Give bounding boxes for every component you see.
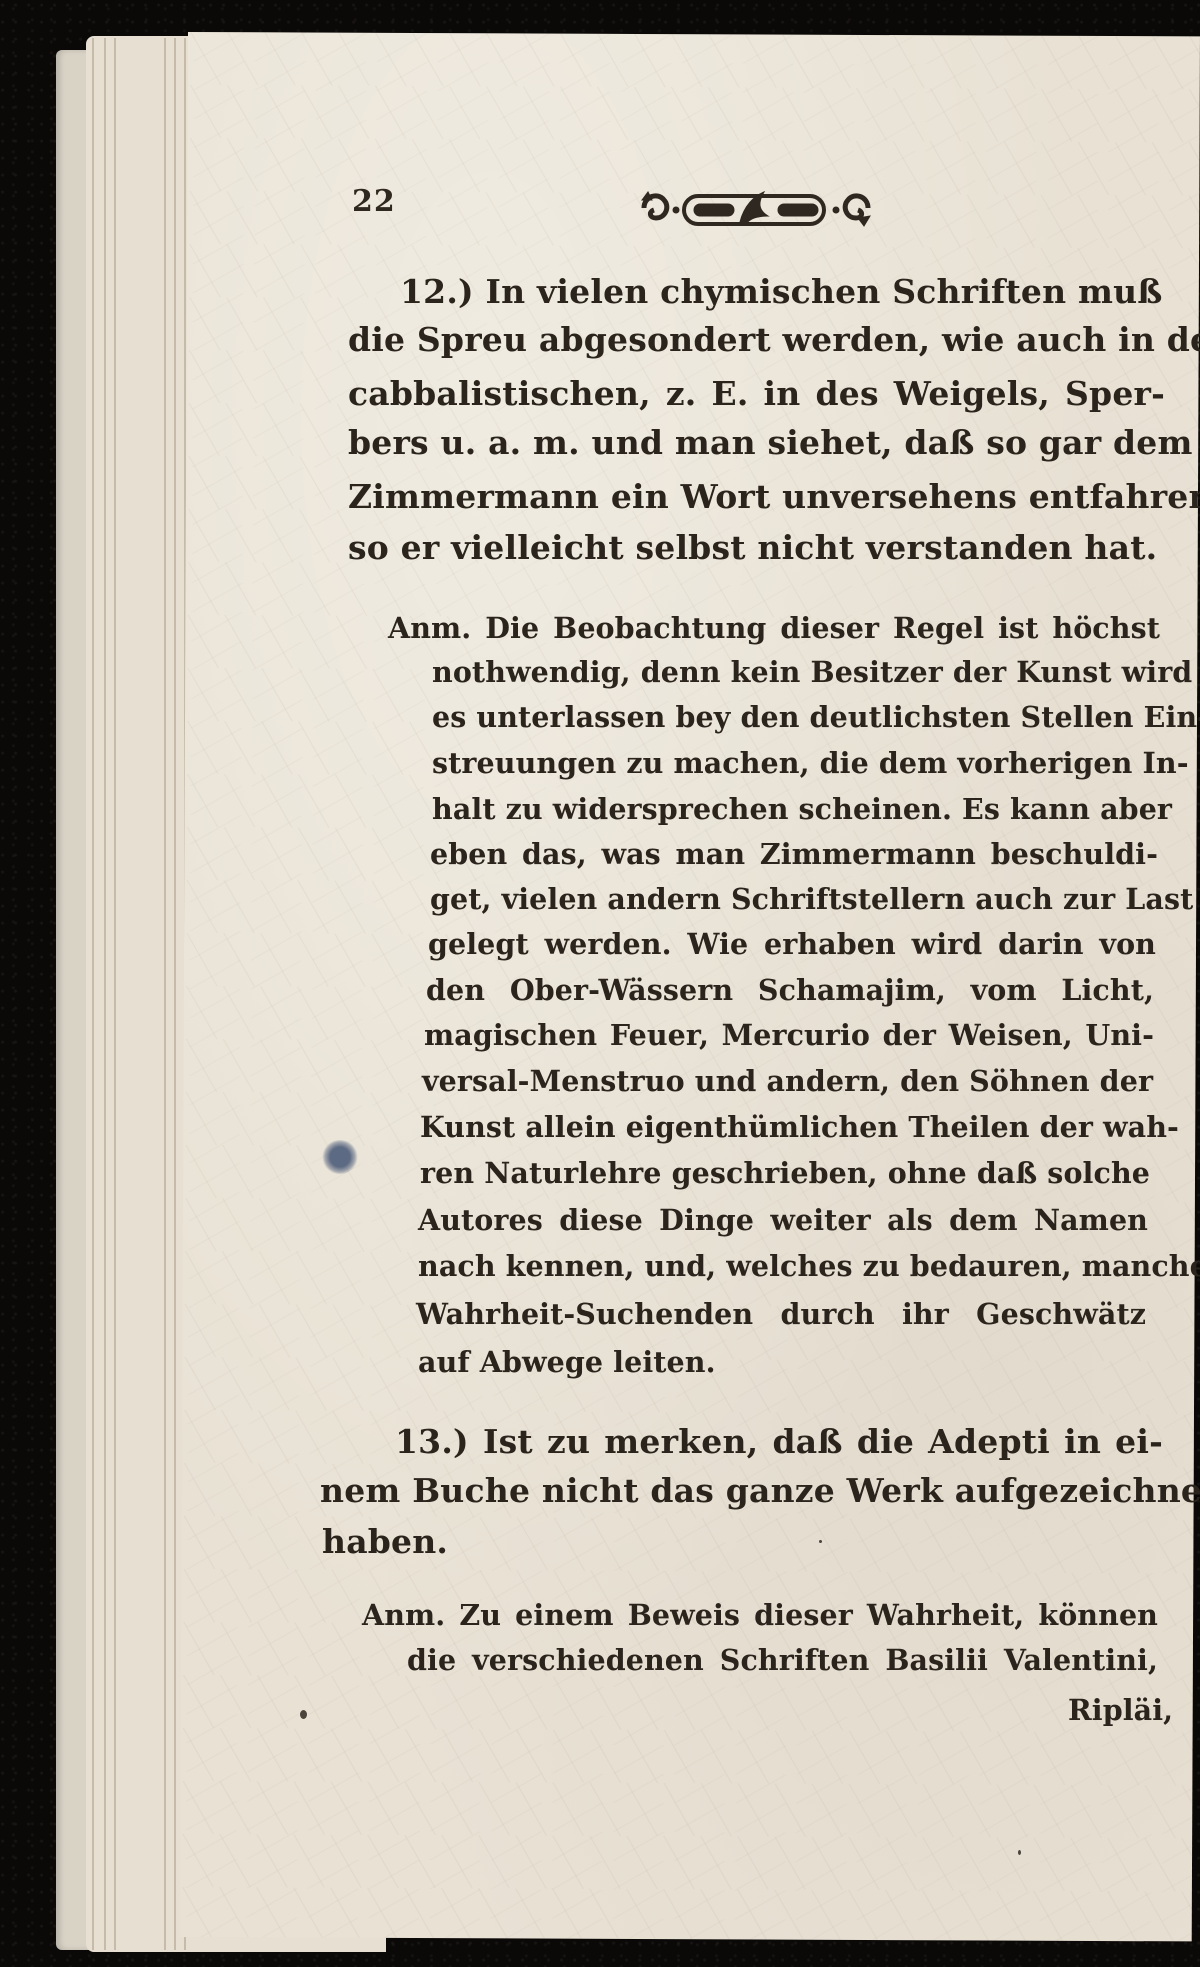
note-12-line: magischen Feuer, Mercurio der Weisen, Un… [424,1018,1154,1052]
printer-ornament-icon [640,186,872,232]
section-13-line: 13.) Ist zu merken, daß die Adepti in ei… [395,1422,1163,1461]
leaf-edge-line [164,38,166,1950]
note-12-line: eben das, was man Zimmermann beschuldi- [430,837,1158,871]
note-12-line: Autores diese Dinge weiter als dem Namen [418,1203,1148,1237]
note-12-line: auf Abwege leiten. [418,1345,716,1379]
section-13-line: haben. [322,1522,448,1561]
note-12-line: ren Naturlehre geschrieben, ohne daß sol… [420,1156,1150,1190]
paper-speck [819,1540,822,1543]
section-13-line: nem Buche nicht das ganze Werk aufgezeic… [320,1471,1163,1510]
section-12-line: bers u. a. m. und man siehet, daß so gar… [348,423,1165,462]
note-13-line: Anm. Zu einem Beweis dieser Wahrheit, kö… [362,1598,1158,1632]
note-12-line: nach kennen, und, welches zu bedauren, m… [418,1249,1148,1283]
note-12-line: den Ober-Wässern Schamajim, vom Licht, [426,973,1154,1007]
note-12-line: halt zu widersprechen scheinen. Es kann … [432,792,1160,826]
paper-speck [1018,1850,1021,1855]
note-12-line: nothwendig, denn kein Besitzer der Kunst… [432,655,1160,689]
note-12-line: versal-Menstruo und andern, den Söhnen d… [422,1064,1152,1098]
leaf-edge-line [174,38,176,1950]
note-12-line: Anm. Die Beobachtung dieser Regel ist hö… [388,611,1160,645]
note-12-line: Kunst allein eigenthümlichen Theilen der… [420,1110,1150,1144]
paper-speck [300,1710,307,1719]
page-number: 22 [352,184,396,219]
note-12-line: Wahrheit-Suchenden durch ihr Geschwätz [416,1297,1146,1331]
note-12-line: gelegt werden. Wie erhaben wird darin vo… [428,927,1156,961]
note-12-line: streuungen zu machen, die dem vorherigen… [432,746,1160,780]
note-12-line: get, vielen andern Schriftstellern auch … [430,882,1158,916]
leaf-edge-line [104,38,106,1950]
catchword: Ripläi, [1068,1693,1173,1727]
leaf-edge-line [114,38,116,1950]
section-12-line: Zimmermann ein Wort unversehens entfahre… [348,477,1165,516]
section-12-line: so er vielleicht selbst nicht verstanden… [348,528,1157,567]
note-12-line: es unterlassen bey den deutlichsten Stel… [432,700,1160,734]
note-13-line: die verschiedenen Schriften Basilii Vale… [407,1643,1158,1677]
section-12-line: die Spreu abgesondert werden, wie auch i… [348,320,1165,359]
leaf-edge-line [92,38,94,1950]
section-12-line: cabbalistischen, z. E. in des Weigels, S… [348,374,1165,413]
section-12-line: 12.) In vielen chymischen Schriften muß [400,272,1165,311]
ink-stain [322,1140,358,1174]
